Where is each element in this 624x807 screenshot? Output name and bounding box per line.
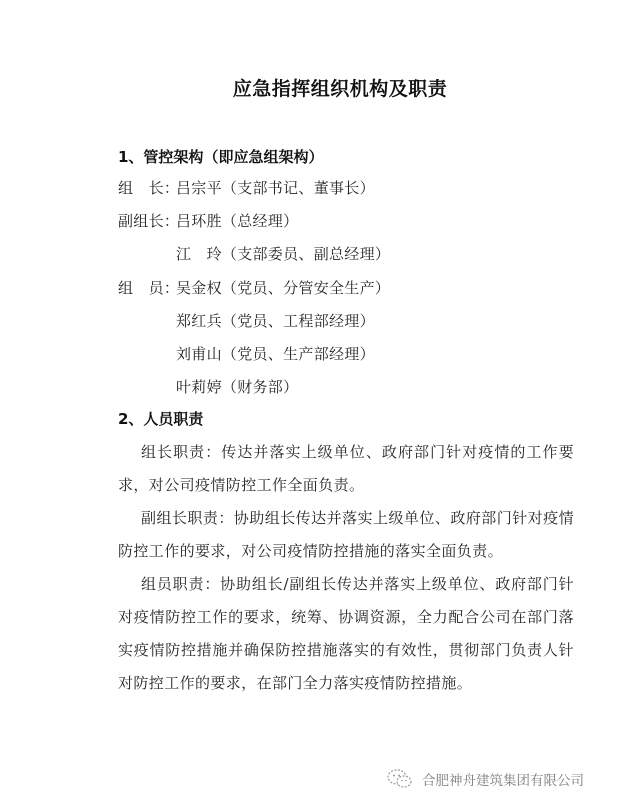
member-row: 组 长：吕宗平（支部书记、董事长） <box>118 177 375 198</box>
member-name: 叶莉婷（财务部） <box>176 378 298 396</box>
member-name: 吕宗平（支部书记、董事长） <box>176 179 375 197</box>
role-label: 组 长： <box>118 177 176 198</box>
duty-paragraph-leader: 组长职责：传达并落实上级单位、政府部门针对疫情的工作要求，对公司疫情防控工作全面… <box>118 436 574 502</box>
member-row: 郑红兵（党员、工程部经理） <box>118 310 375 331</box>
watermark: 合肥神舟建筑集团有限公司 <box>386 768 584 790</box>
member-row: 叶莉婷（财务部） <box>118 376 298 397</box>
wechat-icon <box>386 769 414 789</box>
member-name: 郑红兵（党员、工程部经理） <box>176 312 375 330</box>
section-heading-duties: 2、人员职责 <box>118 408 203 429</box>
section-heading-structure: 1、管控架构（即应急组架构） <box>118 146 323 167</box>
member-name: 江 玲（支部委员、副总经理） <box>176 245 390 263</box>
page-title: 应急指挥组织机构及职责 <box>0 74 624 101</box>
member-row: 江 玲（支部委员、副总经理） <box>118 243 390 264</box>
role-label: 组 员： <box>118 277 176 298</box>
role-label: 副组长： <box>118 210 176 231</box>
member-row: 组 员：吴金权（党员、分管安全生产） <box>118 277 390 298</box>
account-name: 合肥神舟建筑集团有限公司 <box>422 769 584 789</box>
member-name: 吕环胜（总经理） <box>176 212 298 230</box>
member-name: 吴金权（党员、分管安全生产） <box>176 279 390 297</box>
member-row: 副组长：吕环胜（总经理） <box>118 210 298 231</box>
member-row: 刘甫山（党员、生产部经理） <box>118 343 375 364</box>
member-name: 刘甫山（党员、生产部经理） <box>176 345 375 363</box>
duty-paragraph-member: 组员职责：协助组长/副组长传达并落实上级单位、政府部门针对疫情防控工作的要求，统… <box>118 568 574 700</box>
duty-paragraph-deputy: 副组长职责：协助组长传达并落实上级单位、政府部门针对疫情防控工作的要求，对公司疫… <box>118 502 574 568</box>
